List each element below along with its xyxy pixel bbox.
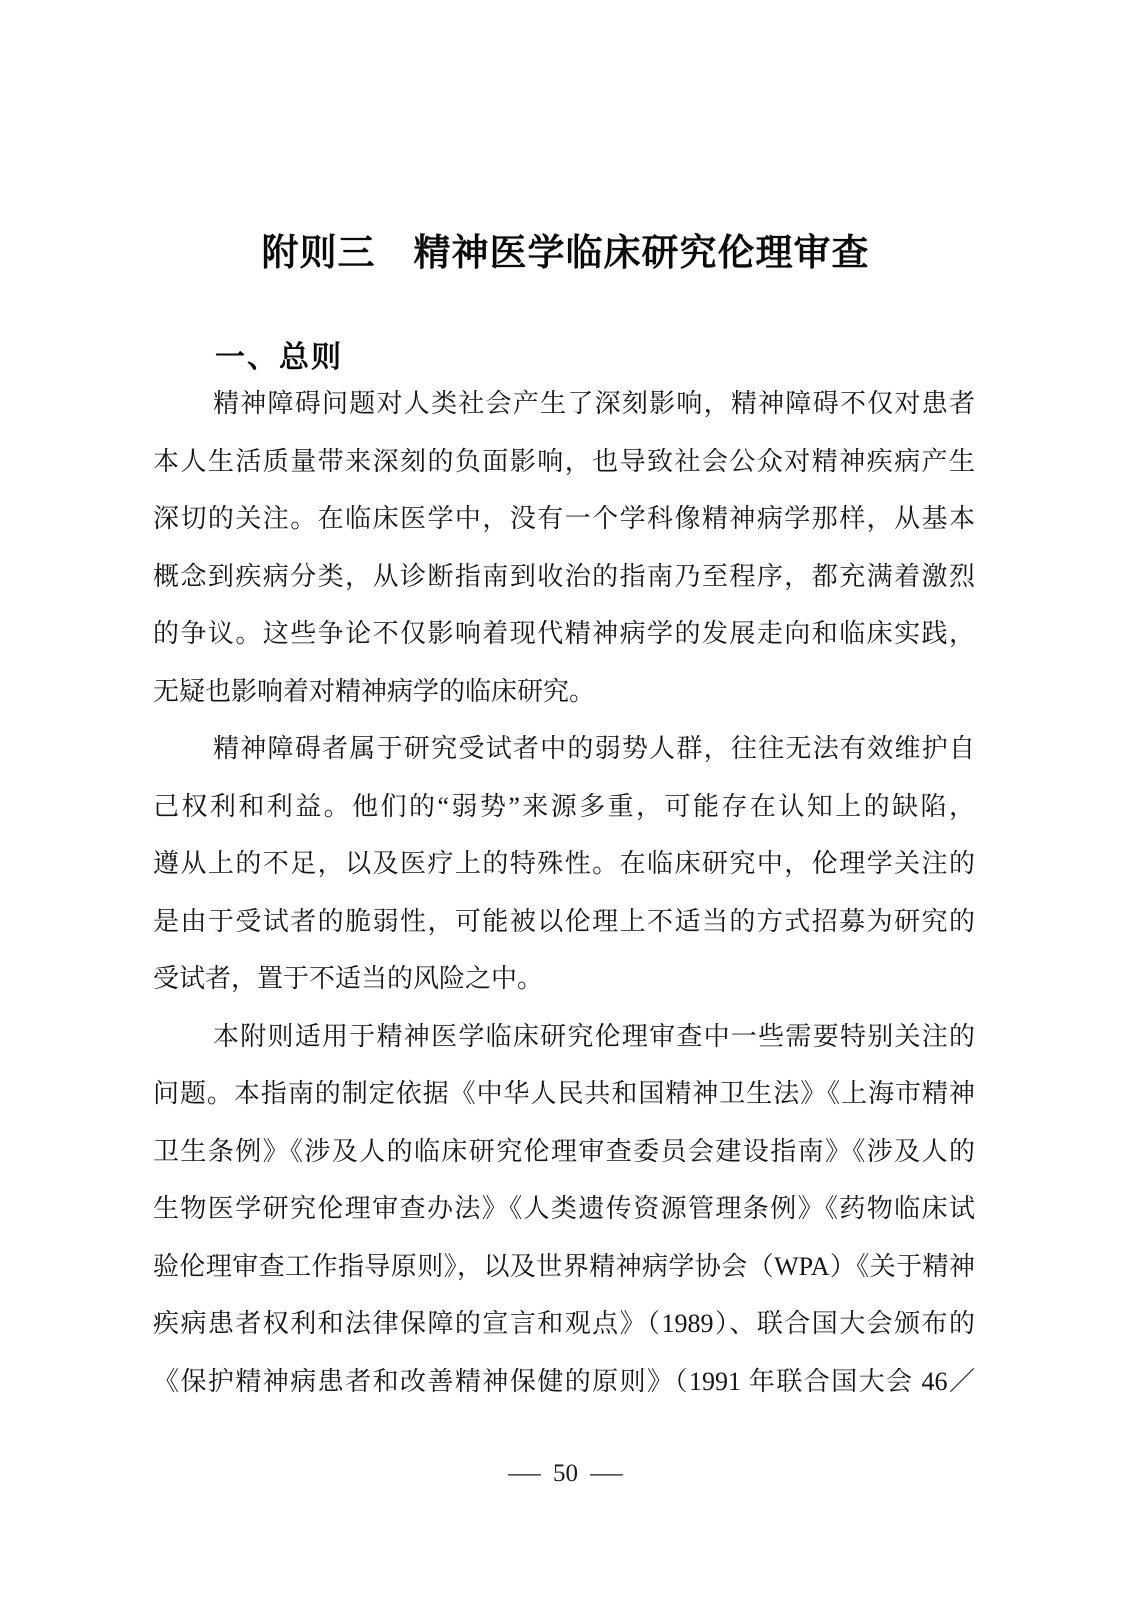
page-number: 50	[553, 1460, 578, 1488]
document-page: 附则三 精神医学临床研究伦理审查 一、总则 精神障碍问题对人类社会产生了深刻影响…	[0, 0, 1131, 1600]
body-text: 精神障碍问题对人类社会产生了深刻影响，精神障碍不仅对患者本人生活质量带来深刻的负…	[153, 375, 975, 1410]
section-heading: 一、总则	[215, 332, 343, 376]
text-line: 受试者，置于不适当的风险之中。	[153, 950, 975, 1008]
text-line: 无疑也影响着对精神病学的临床研究。	[153, 663, 975, 721]
text-line: 本人生活质量带来深刻的负面影响，也导致社会公众对精神疾病产生	[153, 433, 975, 491]
text-line: 深切的关注。在临床医学中，没有一个学科像精神病学那样，从基本	[153, 490, 975, 548]
footer-dash-left: —	[508, 1460, 541, 1488]
text-line: 卫生条例》《涉及人的临床研究伦理审查委员会建设指南》《涉及人的	[153, 1123, 975, 1181]
text-line: 疾病患者权利和法律保障的宣言和观点》（1989）、联合国大会颁布的	[153, 1295, 975, 1353]
page-footer: — 50 —	[0, 1460, 1131, 1488]
text-line: 遵从上的不足，以及医疗上的特殊性。在临床研究中，伦理学关注的	[153, 835, 975, 893]
footer-dash-right: —	[590, 1460, 623, 1488]
text-line: 生物医学研究伦理审查办法》《人类遗传资源管理条例》《药物临床试	[153, 1180, 975, 1238]
text-line: 精神障碍者属于研究受试者中的弱势人群，往往无法有效维护自	[153, 720, 975, 778]
text-line: 概念到疾病分类，从诊断指南到收治的指南乃至程序，都充满着激烈	[153, 548, 975, 606]
text-line: 是由于受试者的脆弱性，可能被以伦理上不适当的方式招募为研究的	[153, 893, 975, 951]
text-line: 问题。本指南的制定依据《中华人民共和国精神卫生法》《上海市精神	[153, 1065, 975, 1123]
text-line: 的争议。这些争论不仅影响着现代精神病学的发展走向和临床实践，	[153, 605, 975, 663]
text-line: 验伦理审查工作指导原则》，以及世界精神病学协会（WPA）《关于精神	[153, 1238, 975, 1296]
text-line: 己权利和利益。他们的“弱势”来源多重，可能存在认知上的缺陷，	[153, 778, 975, 836]
text-line: 本附则适用于精神医学临床研究伦理审查中一些需要特别关注的	[153, 1008, 975, 1066]
text-line: 《保护精神病患者和改善精神保健的原则》（1991 年联合国大会 46／	[153, 1353, 975, 1411]
page-title: 附则三 精神医学临床研究伦理审查	[0, 222, 1131, 276]
text-line: 精神障碍问题对人类社会产生了深刻影响，精神障碍不仅对患者	[153, 375, 975, 433]
